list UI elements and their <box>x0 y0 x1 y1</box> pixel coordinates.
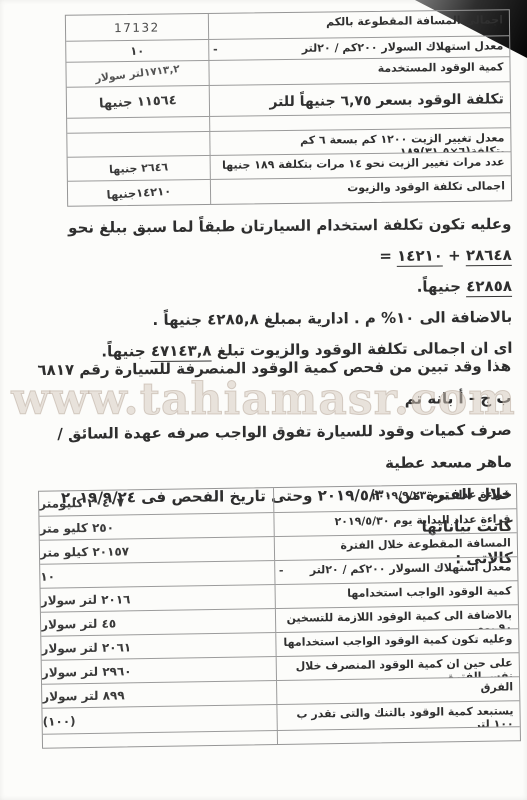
total-cost-figure: ٤٢٨٥٨ <box>466 277 512 297</box>
row-value: ٢٠١٥٧ كيلو متر <box>40 537 274 564</box>
row-value: ٢٥٠ كليو متر <box>39 513 273 540</box>
label-text: معدل استهلاك السولار ٢٠٠كم / ٢٠لتر <box>310 560 512 576</box>
row-label: عدد مرات تغيير الزيت نحو ١٤ مرات بتكلفة … <box>209 152 510 179</box>
scanned-document-page: 17132 اجمالى المسافة المقطوعة بالكم ١٠ م… <box>0 0 527 800</box>
row-label: قراءة عداد البداية يوم ٢٠١٩/٥/٣٠ <box>273 509 517 536</box>
row-label: قراءة عداد يوم ٢٠١٩/٩/٢٣ <box>273 484 517 512</box>
paragraph-line: وعليه تكون تكلفة استخدام السيارتان طبقاً… <box>27 209 512 275</box>
row-label: بالاضافة الى كمية الوقود اللازمة للتسخين… <box>275 605 519 632</box>
label-text: الفرق <box>481 680 514 694</box>
row-value: ٢٠٤٠٧ كليومتر <box>39 488 273 516</box>
dash-mark: - <box>279 564 284 577</box>
row-value <box>67 117 209 133</box>
row-label: يستبعد كمية الوقود بالتنك والتى تقدر ب ١… <box>276 701 520 730</box>
row-value: 17132 <box>66 14 208 41</box>
row-label: المسافة المقطوعة خلال الفترة <box>273 533 517 560</box>
row-value: ٢٠٦١ لتر سولار <box>41 633 275 660</box>
paragraph-line: صرف كميات وقود للسيارة تفوق الواجب صرفه … <box>28 414 513 482</box>
equals-sign: = <box>379 247 392 265</box>
label-text: كمية الوقود المستخدمة <box>378 60 504 75</box>
label-text: يستبعد كمية الوقود بالتنك والتى تقدر ب ١… <box>281 704 514 730</box>
fuel-cost-figure: ٢٨٦٤٨ <box>466 246 512 266</box>
dash-mark: - <box>213 43 218 56</box>
row-label: اجمالى المسافة المقطوعة بالكم <box>208 10 510 39</box>
row-value: (١٠٠) <box>42 705 276 734</box>
label-text: المسافة المقطوعة خلال الفترة <box>340 536 511 552</box>
cost-totals-paragraph: وعليه تكون تكلفة استخدام السيارتان طبقاً… <box>27 209 512 368</box>
row-label: وعليه تكون كمية الوقود الواجب استخدامها <box>275 629 519 656</box>
row-label: اجمالى تكلفة الوقود والزيوت <box>210 176 512 204</box>
plus-sign: + <box>448 246 461 264</box>
label-text: بالاضافة الى كمية الوقود اللازمة للتسخين… <box>280 608 513 632</box>
paragraph-line: ٤٢٨٥٨ جنيهاً. <box>28 271 512 306</box>
meter-readings-table: ٢٠٤٠٧ كليومتر قراءة عداد يوم ٢٠١٩/٩/٢٣ ٢… <box>38 483 521 748</box>
row-value: ١١٥٦٤ جنيها <box>66 84 209 121</box>
row-label: معدل استهلاك السولار ٢٠٠كم / ٢٠لتر- <box>208 36 509 60</box>
paragraph-line: بالاضافة الى ١٠% م . ادارية بمبلغ ٤٢٨٥,٨… <box>28 302 512 337</box>
label-text: وعليه تكون كمية الوقود الواجب استخدامها <box>283 632 512 649</box>
row-label <box>277 727 520 744</box>
row-value: ٨٩٩ لتر سولار <box>42 681 276 708</box>
row-value: ١٠ <box>40 561 274 588</box>
row-label: تكلفة الوقود بسعر ٦,٧٥ جنيهاً للتر <box>208 82 510 116</box>
label-text: اجمالى تكلفة الوقود والزيوت <box>347 179 505 194</box>
row-label: معدل تغيير الزيت ١٢٠٠ كم بسعة ٦ كم بتكلف… <box>209 128 510 155</box>
label-text: عدد مرات تغيير الزيت نحو ١٤ مرات بتكلفة … <box>222 155 505 171</box>
row-label: كمية الوقود الواجب استخدامها <box>274 581 518 608</box>
currency-suffix: جنيهاً. <box>417 277 461 295</box>
label-text: قراءة عداد يوم ٢٠١٩/٩/٢٣ <box>371 487 510 502</box>
row-label: الفرق <box>276 677 520 704</box>
oil-cost-figure: ١٤٢١٠ <box>397 246 443 266</box>
row-value: ٢٩٦٠ لتر سولار <box>42 657 276 684</box>
label-text: معدل استهلاك السولار ٢٠٠كم / ٢٠لتر <box>302 39 504 54</box>
label-text: كمية الوقود الواجب استخدامها <box>347 584 512 600</box>
label-text: تكلفة الوقود بسعر ٦,٧٥ جنيهاً للتر <box>269 91 504 110</box>
table-row: ١١٥٦٤ جنيها تكلفة الوقود بسعر ٦,٧٥ جنيها… <box>67 81 510 117</box>
label-text: اجمالى المسافة المقطوعة بالكم <box>326 13 503 28</box>
row-value: ٤٥ لتر سولار <box>41 609 275 636</box>
label-text: على حين ان كمية الوقود المنصرف خلال نفس … <box>280 656 513 680</box>
row-label: كمية الوقود المستخدمة <box>208 57 510 85</box>
label-text: قراءة عداد البداية يوم ٢٠١٩/٥/٣٠ <box>334 512 510 528</box>
label-text: معدل تغيير الزيت ١٢٠٠ كم بسعة ٦ كم بتكلف… <box>214 131 505 155</box>
row-value <box>43 731 277 748</box>
row-label: معدل استهلاك السولار ٢٠٠كم / ٢٠لتر- <box>274 557 518 584</box>
fuel-cost-summary-table: 17132 اجمالى المسافة المقطوعة بالكم ١٠ م… <box>65 9 512 206</box>
row-value: ٢٠١٦ لتر سولار <box>41 585 275 612</box>
paragraph-line: هذا وقد تبين من فحص كمية الوقود المنصرفة… <box>27 350 512 418</box>
row-value <box>67 132 209 157</box>
row-label: على حين ان كمية الوقود المنصرف خلال نفس … <box>275 653 519 680</box>
intro-text: وعليه تكون تكلفة استخدام السيارتان طبقاً… <box>68 215 511 237</box>
